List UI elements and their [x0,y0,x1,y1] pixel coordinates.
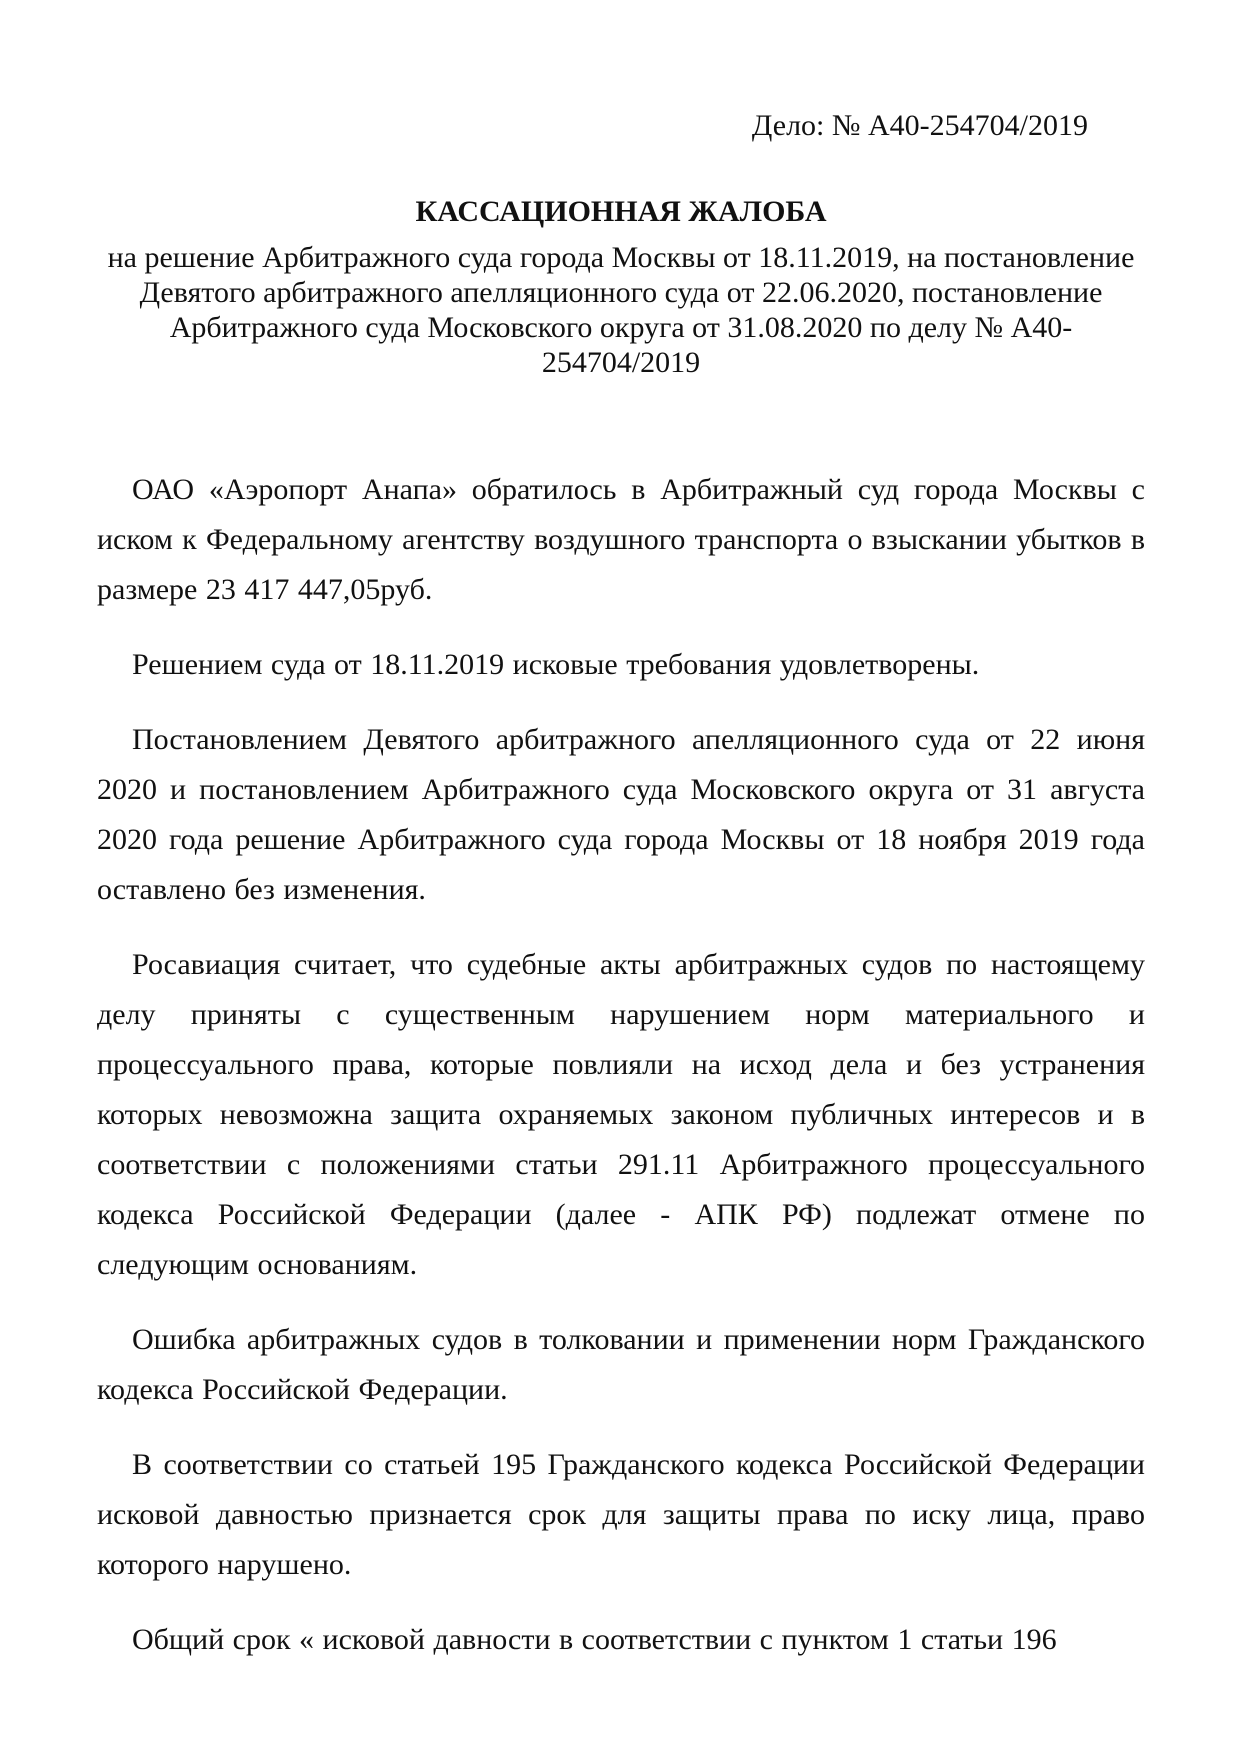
body-paragraph: Решением суда от 18.11.2019 исковые треб… [97,640,1145,690]
body-paragraph: Общий срок « исковой давности в соответс… [97,1615,1145,1665]
body-paragraph: Постановлением Девятого арбитражного апе… [97,715,1145,915]
document-subtitle: на решение Арбитражного суда города Моск… [97,240,1145,380]
case-number: Дело: № А40-254704/2019 [97,108,1145,144]
body-paragraph: В соответствии со статьей 195 Гражданско… [97,1440,1145,1590]
document-title: КАССАЦИОННАЯ ЖАЛОБА [97,194,1145,230]
document-body: ОАО «Аэропорт Анапа» обратилось в Арбитр… [97,465,1145,1665]
body-paragraph: ОАО «Аэропорт Анапа» обратилось в Арбитр… [97,465,1145,615]
body-paragraph: Ошибка арбитражных судов в толковании и … [97,1315,1145,1415]
document-page: Дело: № А40-254704/2019 КАССАЦИОННАЯ ЖАЛ… [0,0,1241,1754]
body-paragraph: Росавиация считает, что судебные акты ар… [97,940,1145,1290]
